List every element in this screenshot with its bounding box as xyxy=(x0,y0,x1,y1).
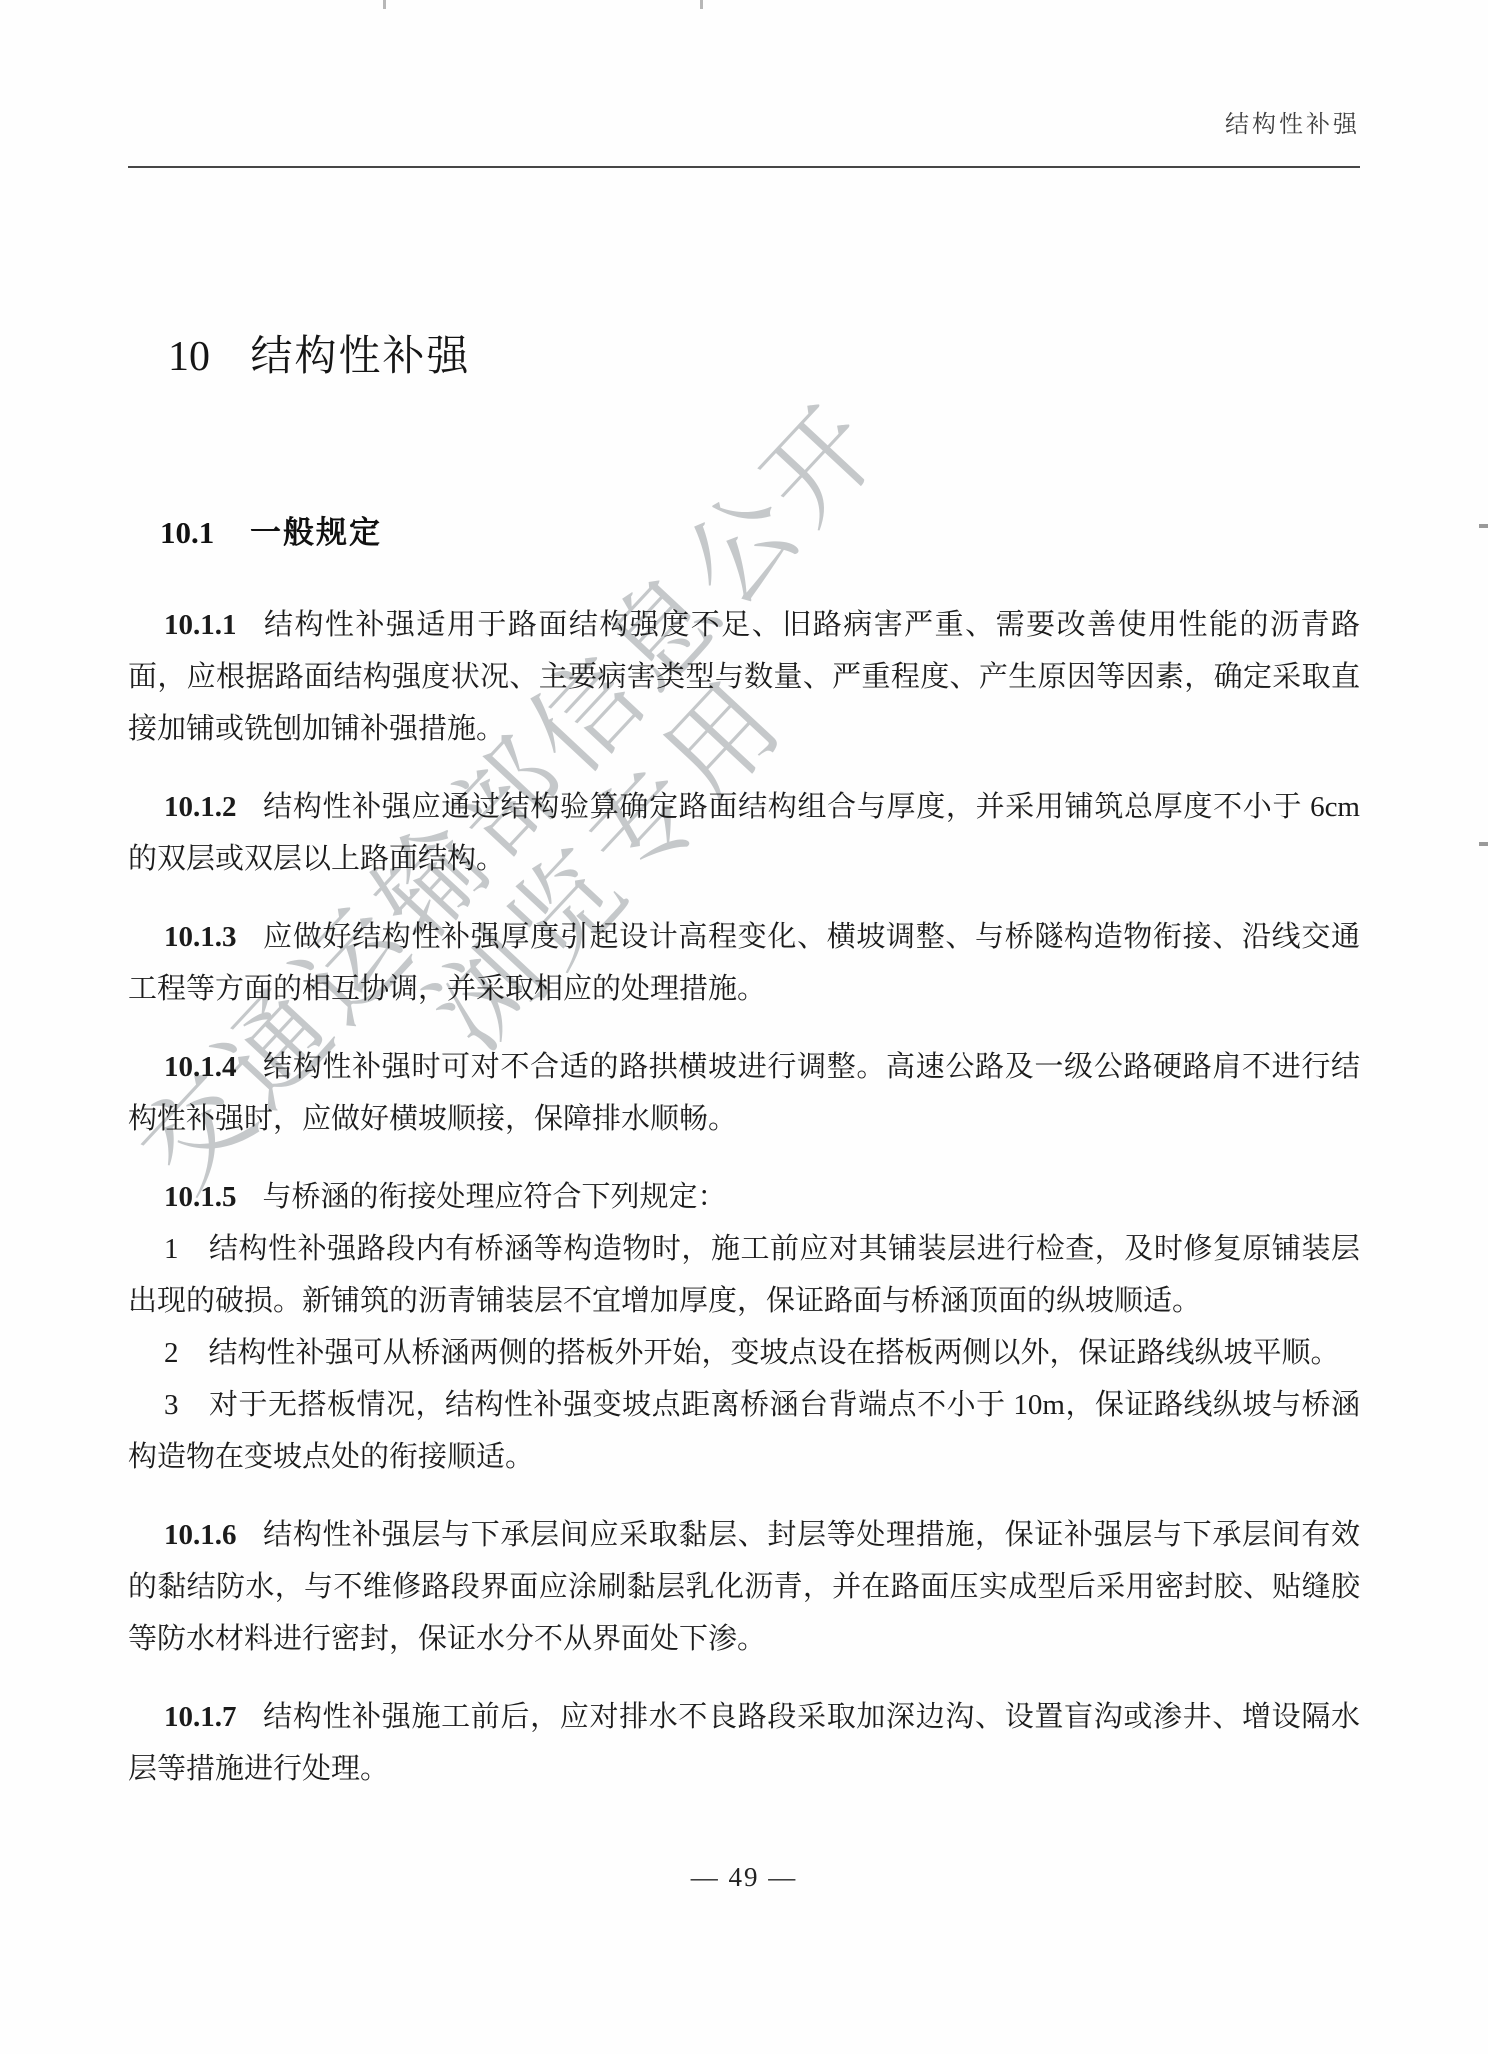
clause-text: 结构性补强层与下承层间应采取黏层、封层等处理措施，保证补强层与下承层间有效的黏结… xyxy=(128,1519,1360,1655)
clause-10-1-5: 10.1.5与桥涵的衔接处理应符合下列规定： xyxy=(128,1171,1360,1223)
item-text: 结构性补强可从桥涵两侧的搭板外开始，变坡点设在搭板两侧以外，保证路线纵坡平顺。 xyxy=(209,1337,1340,1369)
clause-10-1-7: 10.1.7结构性补强施工前后，应对排水不良路段采取加深边沟、设置盲沟或渗井、增… xyxy=(128,1691,1360,1795)
clause-number: 10.1.2 xyxy=(164,791,237,823)
clause-number: 10.1.5 xyxy=(164,1181,237,1213)
item-number: 3 xyxy=(164,1389,179,1421)
item-number: 1 xyxy=(164,1233,179,1265)
item-number: 2 xyxy=(164,1337,179,1369)
clause-10-1-2: 10.1.2结构性补强应通过结构验算确定路面结构组合与厚度，并采用铺筑总厚度不小… xyxy=(128,781,1360,885)
clause-text: 结构性补强施工前后，应对排水不良路段采取加深边沟、设置盲沟或渗井、增设隔水层等措… xyxy=(128,1701,1360,1785)
scan-artifact-tick xyxy=(383,0,386,9)
clause-number: 10.1.4 xyxy=(164,1051,237,1083)
scan-artifact-edge-mark xyxy=(1479,524,1488,528)
clause-text: 结构性补强适用于路面结构强度不足、旧路病害严重、需要改善使用性能的沥青路面，应根… xyxy=(128,609,1360,745)
running-header: 结构性补强 xyxy=(1225,104,1360,139)
clause-number: 10.1.7 xyxy=(164,1701,237,1733)
scan-artifact-edge-mark xyxy=(1479,842,1488,846)
scan-artifact-tick xyxy=(700,0,703,9)
chapter-title-text: 结构性补强 xyxy=(251,334,471,380)
clause-number: 10.1.1 xyxy=(164,609,237,641)
chapter-number: 10 xyxy=(168,334,210,380)
document-page: 交通运输部信息公开 浏览专用 结构性补强 10 结构性补强 10.1 一般规定 … xyxy=(0,0,1488,2054)
chapter-title: 10 结构性补强 xyxy=(168,333,1360,381)
clause-10-1-5-item-1: 1结构性补强路段内有桥涵等构造物时，施工前应对其铺装层进行检查，及时修复原铺装层… xyxy=(128,1223,1360,1327)
page-content: 10 结构性补强 10.1 一般规定 10.1.1结构性补强适用于路面结构强度不… xyxy=(128,168,1360,1795)
clause-text: 与桥涵的衔接处理应符合下列规定： xyxy=(263,1181,727,1213)
clause-text: 应做好结构性补强厚度引起设计高程变化、横坡调整、与桥隧构造物衔接、沿线交通工程等… xyxy=(128,921,1360,1005)
clause-10-1-5-item-3: 3对于无搭板情况，结构性补强变坡点距离桥涵台背端点不小于 10m，保证路线纵坡与… xyxy=(128,1379,1360,1483)
clause-10-1-4: 10.1.4结构性补强时可对不合适的路拱横坡进行调整。高速公路及一级公路硬路肩不… xyxy=(128,1041,1360,1145)
clause-text: 结构性补强应通过结构验算确定路面结构组合与厚度，并采用铺筑总厚度不小于 6cm … xyxy=(128,791,1360,875)
clause-10-1-6: 10.1.6结构性补强层与下承层间应采取黏层、封层等处理措施，保证补强层与下承层… xyxy=(128,1509,1360,1665)
clause-10-1-1: 10.1.1结构性补强适用于路面结构强度不足、旧路病害严重、需要改善使用性能的沥… xyxy=(128,599,1360,755)
clause-10-1-3: 10.1.3应做好结构性补强厚度引起设计高程变化、横坡调整、与桥隧构造物衔接、沿… xyxy=(128,911,1360,1015)
section-number: 10.1 xyxy=(160,515,214,550)
page-number: — 49 — xyxy=(0,1862,1488,1893)
item-text: 结构性补强路段内有桥涵等构造物时，施工前应对其铺装层进行检查，及时修复原铺装层出… xyxy=(128,1233,1360,1317)
clause-number: 10.1.3 xyxy=(164,921,237,953)
section-heading: 10.1 一般规定 xyxy=(160,515,1360,551)
item-text: 对于无搭板情况，结构性补强变坡点距离桥涵台背端点不小于 10m，保证路线纵坡与桥… xyxy=(128,1389,1360,1473)
clause-number: 10.1.6 xyxy=(164,1519,237,1551)
clause-text: 结构性补强时可对不合适的路拱横坡进行调整。高速公路及一级公路硬路肩不进行结构性补… xyxy=(128,1051,1360,1135)
clause-10-1-5-item-2: 2结构性补强可从桥涵两侧的搭板外开始，变坡点设在搭板两侧以外，保证路线纵坡平顺。 xyxy=(128,1327,1360,1379)
section-title-text: 一般规定 xyxy=(250,515,382,550)
